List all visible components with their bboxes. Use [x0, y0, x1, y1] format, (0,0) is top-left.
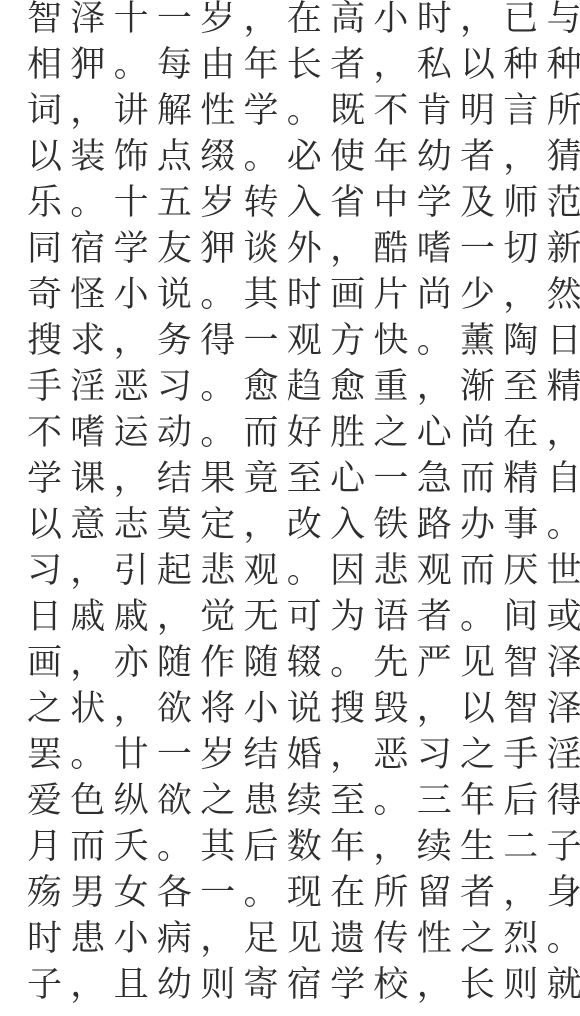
text-line-12: 以意志莫定，改入铁路办事。因此恶: [27, 506, 567, 552]
text-line-7: 奇怪小说。其时画片尚少，然不惜秘密: [27, 276, 567, 322]
text-line-21: 时患小病，足见遗传性之烈。鄙人系独: [27, 920, 567, 966]
text-line-2: 相狎。每由年长者，私以种种迷离之: [27, 46, 567, 92]
text-line-6: 同宿学友狎谈外，酷嗜一切新旧艳情及: [27, 230, 567, 276]
text-line-19: 月而夭。其后数年，续生二子三女，又: [27, 828, 567, 874]
text-line-1: 智泽十一岁，在高小时，已与寄宿学友: [27, 0, 567, 46]
text-line-22: 子，且幼则寄宿学校，长则就商于外: [27, 966, 567, 1012]
text-line-11: 学课，结果竟至心一急而精自滑出。终: [27, 460, 567, 506]
text-line-17: 罢。廿一岁结婚，恶习之手淫方改，而: [27, 736, 567, 782]
text-line-13: 习，引起悲观。因悲观而厌世，于是长: [27, 552, 567, 598]
text-line-3: 词，讲解性学。既不肯明言所以，又杂: [27, 92, 567, 138]
text-line-9: 手淫恶习。愈趋愈重，渐至精神怠惰，: [27, 368, 567, 414]
text-line-5: 乐。十五岁转入省中学及师范时，除与: [27, 184, 567, 230]
text-line-20: 殇男女各一。现在所留者，身弱性急，: [27, 874, 567, 920]
text-line-4: 以装饰点缀。必使年幼者，猜诘不休为: [27, 138, 567, 184]
text-line-16: 之状，欲将小说搜毁，以智泽躲避而: [27, 690, 567, 736]
text-line-10: 不嗜运动。而好胜之心尚在，偏欲苦研: [27, 414, 567, 460]
text-line-15: 画，亦随作随辍。先严见智泽酷爱小说: [27, 644, 567, 690]
text-line-18: 爱色纵欲之患续至。三年后得一子，数: [27, 782, 567, 828]
document-page: 智泽十一岁，在高小时，已与寄宿学友 相狎。每由年长者，私以种种迷离之 词，讲解性…: [27, 0, 567, 1012]
text-line-14: 日戚戚，觉无可为语者。间或涉猎诗: [27, 598, 567, 644]
text-line-8: 搜求，务得一观方快。薰陶日久，忽犯: [27, 322, 567, 368]
